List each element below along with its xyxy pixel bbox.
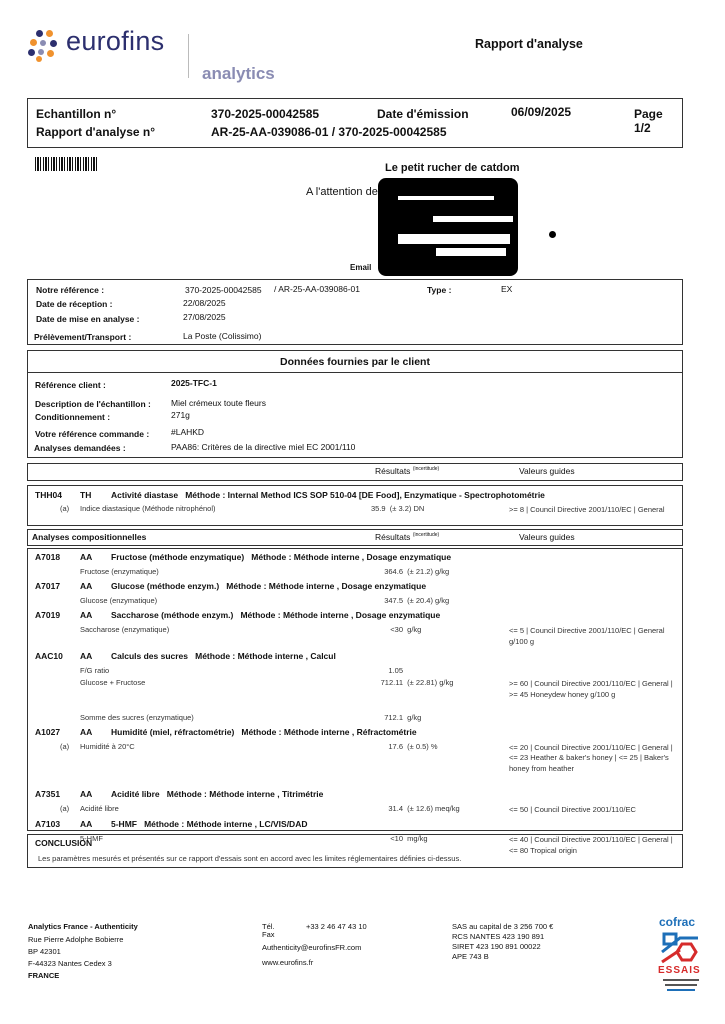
diastase-box: THH04 TH Activité diastase Méthode : Int… xyxy=(27,485,683,526)
compositional-results-box: A7018AAFructose (méthode enzymatique) Mé… xyxy=(27,548,683,831)
footer-rcs: RCS NANTES 423 190 891 xyxy=(452,932,544,941)
conclusion-title: CONCLUSION xyxy=(35,838,92,848)
analysis-start-date: 27/08/2025 xyxy=(183,312,226,322)
fax-label: Fax xyxy=(262,930,275,939)
test-param: F/G ratio xyxy=(80,666,109,675)
reception-label: Date de réception : xyxy=(36,299,113,309)
conclusion-text: Les paramètres mesurés et présentés sur … xyxy=(38,854,461,863)
test-result: <30 g/kg xyxy=(358,625,421,634)
test-title: 5-HMF Méthode : Méthode interne , LC/VIS… xyxy=(111,819,307,829)
test-code: A1027 xyxy=(35,727,60,737)
test-title: Saccharose (méthode enzym.) Méthode : Mé… xyxy=(111,610,440,620)
test-title: Fructose (méthode enzymatique) Méthode :… xyxy=(111,552,451,562)
report-label: Rapport d'analyse n° xyxy=(36,125,155,139)
test-result: 712.1 g/kg xyxy=(358,713,421,722)
test-type: TH xyxy=(80,490,91,500)
test-title: Glucose (méthode enzym.) Méthode : Métho… xyxy=(111,581,426,591)
transport-label: Prélèvement/Transport : xyxy=(34,332,131,342)
bullet-dot xyxy=(549,231,556,238)
test-result: 17.6 (± 0.5) % xyxy=(358,742,438,751)
footer-siret: SIRET 423 190 891 00022 xyxy=(452,942,541,951)
packaging-label: Conditionnement : xyxy=(35,412,110,422)
test-type: AA xyxy=(80,581,92,591)
test-param: Glucose + Fructose xyxy=(80,678,145,687)
test-guide: >= 8 | Council Directive 2001/110/EC | G… xyxy=(509,505,679,516)
description-label: Description de l'échantillon : xyxy=(35,399,151,409)
footer-street: Rue Pierre Adolphe Bobierre xyxy=(28,935,123,944)
test-param: Glucose (enzymatique) xyxy=(80,596,157,605)
attention-label: A l'attention de xyxy=(306,186,378,198)
analyses-value: PAA86: Critères de la directive miel EC … xyxy=(171,442,355,452)
test-type: AA xyxy=(80,819,92,829)
test-type: AA xyxy=(80,552,92,562)
footer-country: FRANCE xyxy=(28,971,59,980)
test-type: AA xyxy=(80,727,92,737)
test-param: Indice diastasique (Méthode nitrophénol) xyxy=(80,504,216,513)
test-type: AA xyxy=(80,789,92,799)
analysis-start-label: Date de mise en analyse : xyxy=(36,314,139,324)
test-result: 1.05 xyxy=(358,666,407,675)
test-code: A7103 xyxy=(35,819,60,829)
client-ref-label: Référence client : xyxy=(35,380,106,390)
test-type: AA xyxy=(80,651,92,661)
recipient-name: Le petit rucher de catdom xyxy=(385,162,519,174)
packaging-value: 271g xyxy=(171,410,190,420)
test-guide: >= 60 | Council Directive 2001/110/EC | … xyxy=(509,679,679,700)
description-value: Miel crémeux toute fleurs xyxy=(171,398,266,408)
test-result: 31.4 (± 12.6) meq/kg xyxy=(358,804,460,813)
test-param: Acidité libre xyxy=(80,804,119,813)
test-title: Activité diastase Méthode : Internal Met… xyxy=(111,490,545,500)
eurofins-logo: eurofins analytics xyxy=(28,28,288,88)
client-data-box: Données fournies par le client Référence… xyxy=(27,350,683,458)
cofrac-essais-label: ESSAIS xyxy=(658,965,701,976)
client-data-title: Données fournies par le client xyxy=(28,351,682,373)
tel-value: +33 2 46 47 43 10 xyxy=(306,922,367,931)
footer-bp: BP 42301 xyxy=(28,947,61,956)
logo-divider xyxy=(188,34,189,78)
test-title: Calculs des sucres Méthode : Méthode int… xyxy=(111,651,336,661)
order-value: #LAHKD xyxy=(171,427,204,437)
order-label: Votre référence commande : xyxy=(35,429,149,439)
test-param: Humidité à 20°C xyxy=(80,742,135,751)
test-guide: <= 50 | Council Directive 2001/110/EC xyxy=(509,805,679,816)
compositional-header: Analyses compositionnelles Résultats (in… xyxy=(27,529,683,546)
test-param: Saccharose (enzymatique) xyxy=(80,625,169,634)
client-ref: 2025-TFC-1 xyxy=(171,378,217,388)
barcode xyxy=(35,157,99,171)
page-indicator: Page 1/2 xyxy=(634,107,682,135)
cofrac-label: cofrac xyxy=(659,915,695,929)
sample-label: Echantillon n° xyxy=(36,107,116,121)
report-header-box: Echantillon n° 370-2025-00042585 Date d'… xyxy=(27,98,683,148)
type-value: EX xyxy=(501,284,512,294)
redaction-block xyxy=(378,178,518,276)
test-title: Humidité (miel, réfractométrie) Méthode … xyxy=(111,727,417,737)
test-result: 35.9 (± 3.2) DN xyxy=(371,504,424,513)
email-label: Email xyxy=(350,263,371,272)
results-col-label: Résultats (incertitude) xyxy=(375,532,439,542)
test-type: AA xyxy=(80,610,92,620)
test-code: A7018 xyxy=(35,552,60,562)
test-code: A7017 xyxy=(35,581,60,591)
issue-date-label: Date d'émission xyxy=(377,107,469,121)
test-flag: (a) xyxy=(60,742,69,751)
test-result: 347.5 (± 20.4) g/kg xyxy=(358,596,449,605)
analyses-label: Analyses demandées : xyxy=(34,443,126,453)
footer-ape: APE 743 B xyxy=(452,952,489,961)
test-code: AAC10 xyxy=(35,651,63,661)
type-label: Type : xyxy=(427,285,451,295)
test-code: THH04 xyxy=(35,490,62,500)
transport-value: La Poste (Colissimo) xyxy=(183,331,261,341)
test-param: Fructose (enzymatique) xyxy=(80,567,159,576)
our-ref: 370-2025-00042585 xyxy=(185,285,262,295)
test-result: 364.6 (± 21.2) g/kg xyxy=(358,567,449,576)
results-col-label: Résultats (incertitude) xyxy=(375,466,439,476)
test-guide: <= 20 | Council Directive 2001/110/EC | … xyxy=(509,743,679,775)
guides-col-label: Valeurs guides xyxy=(519,532,575,542)
report-title: Rapport d'analyse xyxy=(475,37,583,51)
footer-city: F-44323 Nantes Cedex 3 xyxy=(28,959,112,968)
compositional-title: Analyses compositionnelles xyxy=(32,532,146,542)
cofrac-hexagon-icon xyxy=(660,930,700,965)
test-title: Acidité libre Méthode : Méthode interne … xyxy=(111,789,323,799)
test-code: A7351 xyxy=(35,789,60,799)
test-flag: (a) xyxy=(60,504,69,513)
results-column-header: Résultats (incertitude) Valeurs guides xyxy=(27,463,683,481)
report-number: AR-25-AA-039086-01 / 370-2025-00042585 xyxy=(211,125,447,139)
issue-date: 06/09/2025 xyxy=(511,105,571,119)
test-param: Somme des sucres (enzymatique) xyxy=(80,713,194,722)
footer-company: Analytics France - Authenticity xyxy=(28,922,138,931)
cofrac-logo: cofrac ESSAIS xyxy=(657,915,705,1005)
test-code: A7019 xyxy=(35,610,60,620)
references-box: Notre référence : 370-2025-00042585 / AR… xyxy=(27,279,683,345)
test-result: 712.11 (± 22.81) g/kg xyxy=(358,678,453,687)
test-guide: <= 5 | Council Directive 2001/110/EC | G… xyxy=(509,626,679,647)
brand-name: eurofins xyxy=(66,26,164,57)
brand-subtitle: analytics xyxy=(202,64,275,84)
eurofins-dots-icon xyxy=(28,30,62,62)
footer-capital: SAS au capital de 3 256 700 € xyxy=(452,922,553,931)
reception-date: 22/08/2025 xyxy=(183,298,226,308)
our-ref-label: Notre référence : xyxy=(36,285,104,295)
sample-number: 370-2025-00042585 xyxy=(211,107,319,121)
our-ref-report: / AR-25-AA-039086-01 xyxy=(274,284,360,294)
test-flag: (a) xyxy=(60,804,69,813)
conclusion-box: CONCLUSION Les paramètres mesurés et pré… xyxy=(27,834,683,868)
footer-website[interactable]: www.eurofins.fr xyxy=(262,958,313,967)
footer-email[interactable]: Authenticity@eurofinsFR.com xyxy=(262,943,361,952)
guides-col-label: Valeurs guides xyxy=(519,466,575,476)
